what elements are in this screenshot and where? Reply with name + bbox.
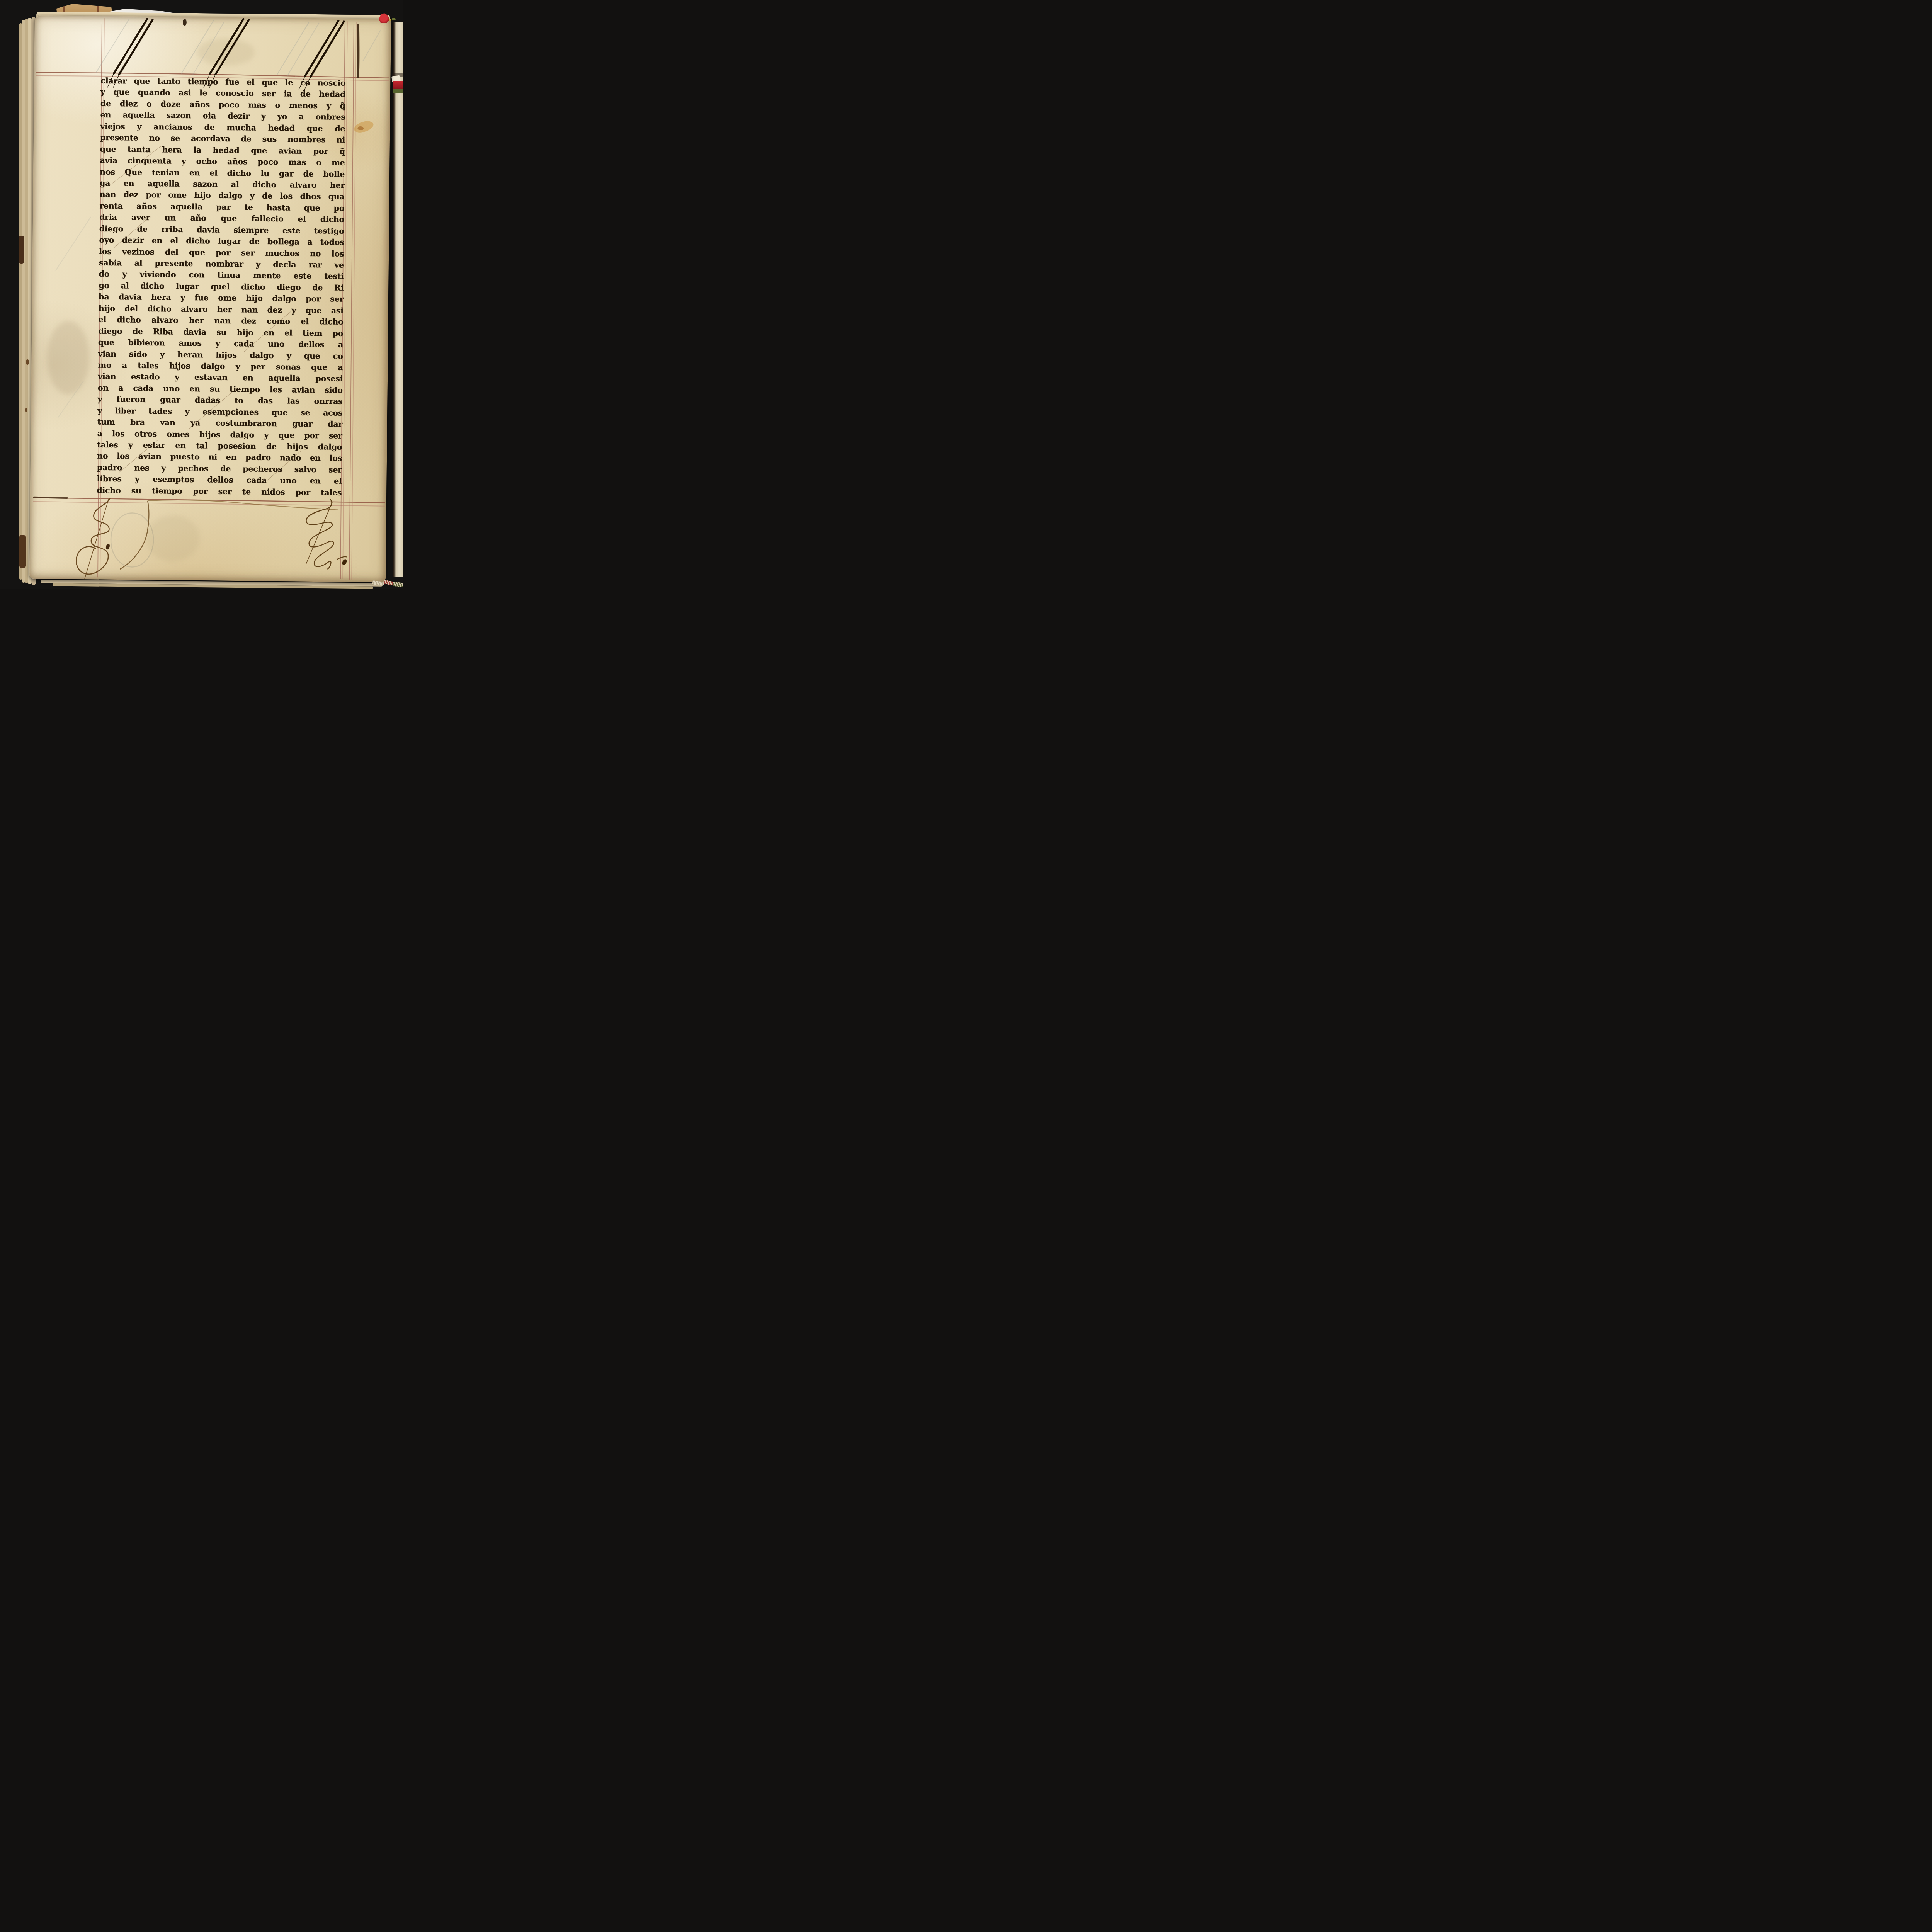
manuscript-line: dicho su tiempo por ser te nidos por tal… — [97, 485, 342, 498]
ink-blot — [342, 558, 348, 566]
thread-fiber-green — [392, 18, 396, 20]
vellum-page: clarar que tanto tiempo fue el que le co… — [29, 15, 391, 582]
ghost-circle — [111, 513, 153, 567]
manuscript-photo: clarar que tanto tiempo fue el que le co… — [0, 0, 403, 589]
orange-stain — [352, 119, 375, 134]
ink-blot — [105, 543, 111, 550]
rubric-left — [76, 498, 154, 580]
text-block: clarar que tanto tiempo fue el que le co… — [97, 75, 345, 498]
book: clarar que tanto tiempo fue el que le co… — [0, 0, 403, 589]
thread-knot-yellow — [389, 19, 391, 21]
edge-ink-blob — [183, 19, 187, 26]
